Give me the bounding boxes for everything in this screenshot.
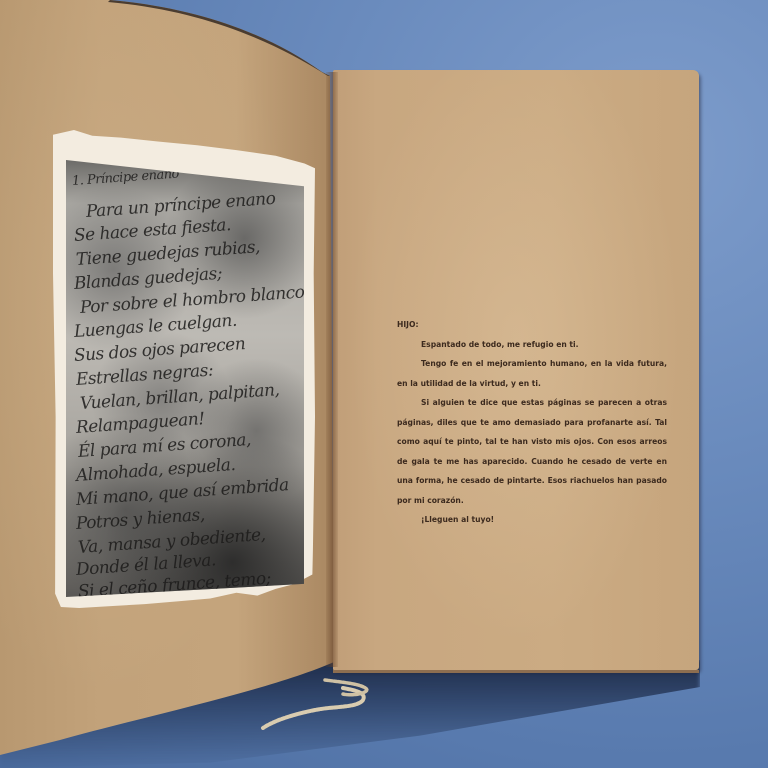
book-gutter bbox=[326, 72, 338, 667]
manuscript-photo: 1. Príncipe enano Para un príncipe enano… bbox=[66, 160, 304, 597]
dedication-paragraph: Tengo fe en el mejoramiento humano, en l… bbox=[397, 354, 667, 393]
dedication-text: HIJO: Espantado de todo, me refugio en t… bbox=[397, 315, 667, 530]
dedication-paragraph: Si alguien te dice que estas páginas se … bbox=[397, 393, 667, 510]
dedication-paragraph: ¡Lleguen al tuyo! bbox=[397, 510, 667, 530]
bookmark-string-icon bbox=[255, 670, 385, 730]
dedication-paragraph: Espantado de todo, me refugio en ti. bbox=[397, 335, 667, 355]
dedication-salutation: HIJO: bbox=[397, 315, 667, 335]
manuscript-line: Para un príncipe enano bbox=[85, 189, 276, 222]
